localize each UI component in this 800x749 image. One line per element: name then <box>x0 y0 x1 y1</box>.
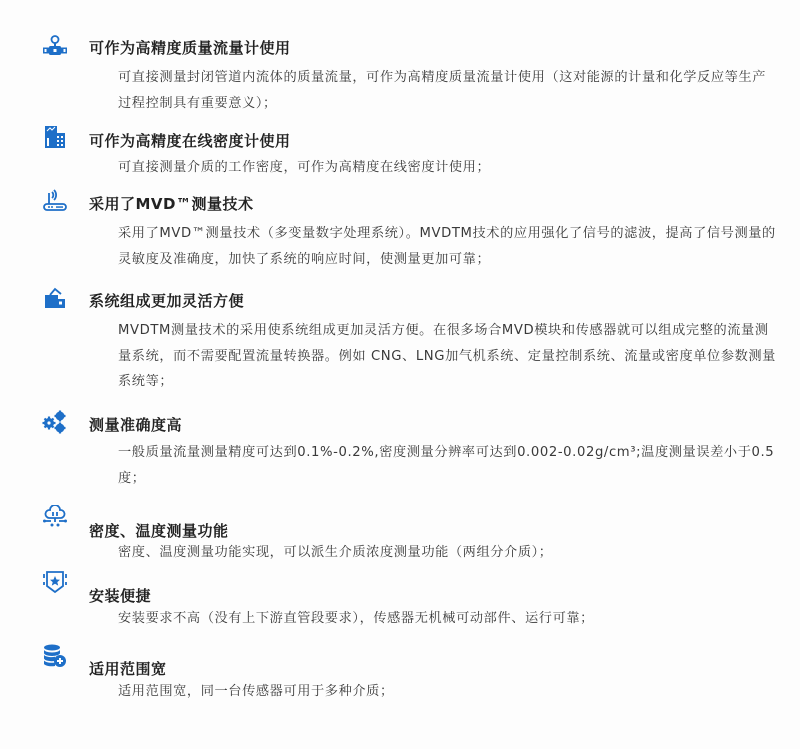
gears-icon <box>42 410 68 434</box>
router-signal-icon <box>42 189 68 213</box>
feature-description: 密度、温度测量功能实现，可以派生介质浓度测量功能（两组分介质）； <box>118 540 778 566</box>
modular-system-icon <box>42 286 68 310</box>
feature-title: 可作为高精度在线密度计使用 <box>89 130 291 151</box>
feature-description: 安装要求不高（没有上下游直管段要求），传感器无机械可动部件、运行可靠； <box>118 606 778 632</box>
feature-title: 可作为高精度质量流量计使用 <box>89 37 291 58</box>
feature-description: 适用范围宽，同一台传感器可用于多种介质； <box>118 679 778 705</box>
cloud-network-icon <box>42 505 68 529</box>
feature-title: 测量准确度高 <box>89 414 182 435</box>
feature-title: 系统组成更加灵活方便 <box>89 290 244 311</box>
feature-title: 密度、温度测量功能 <box>89 520 229 541</box>
feature-title: 适用范围宽 <box>89 658 167 679</box>
flow-meter-icon <box>42 35 68 59</box>
feature-description: 采用了MVD™测量技术（多变量数字处理系统）。MVDTM技术的应用强化了信号的滤… <box>118 221 778 272</box>
feature-description: 可直接测量封闭管道内流体的质量流量，可作为高精度质量流量计使用（这对能源的计量和… <box>118 65 778 116</box>
feature-description: 一般质量流量测量精度可达到0.1%-0.2%,密度测量分辨率可达到0.002-0… <box>118 440 778 491</box>
feature-title: 采用了MVD™测量技术 <box>89 193 254 214</box>
building-chart-icon <box>42 125 68 149</box>
feature-description: MVDTM测量技术的采用使系统组成更加灵活方便。在很多场合MVD模块和传感器就可… <box>118 318 778 395</box>
database-plus-icon <box>42 644 68 668</box>
feature-description: 可直接测量介质的工作密度，可作为高精度在线密度计使用； <box>118 155 778 181</box>
feature-title: 安装便捷 <box>89 585 151 606</box>
shield-star-icon <box>42 570 68 594</box>
